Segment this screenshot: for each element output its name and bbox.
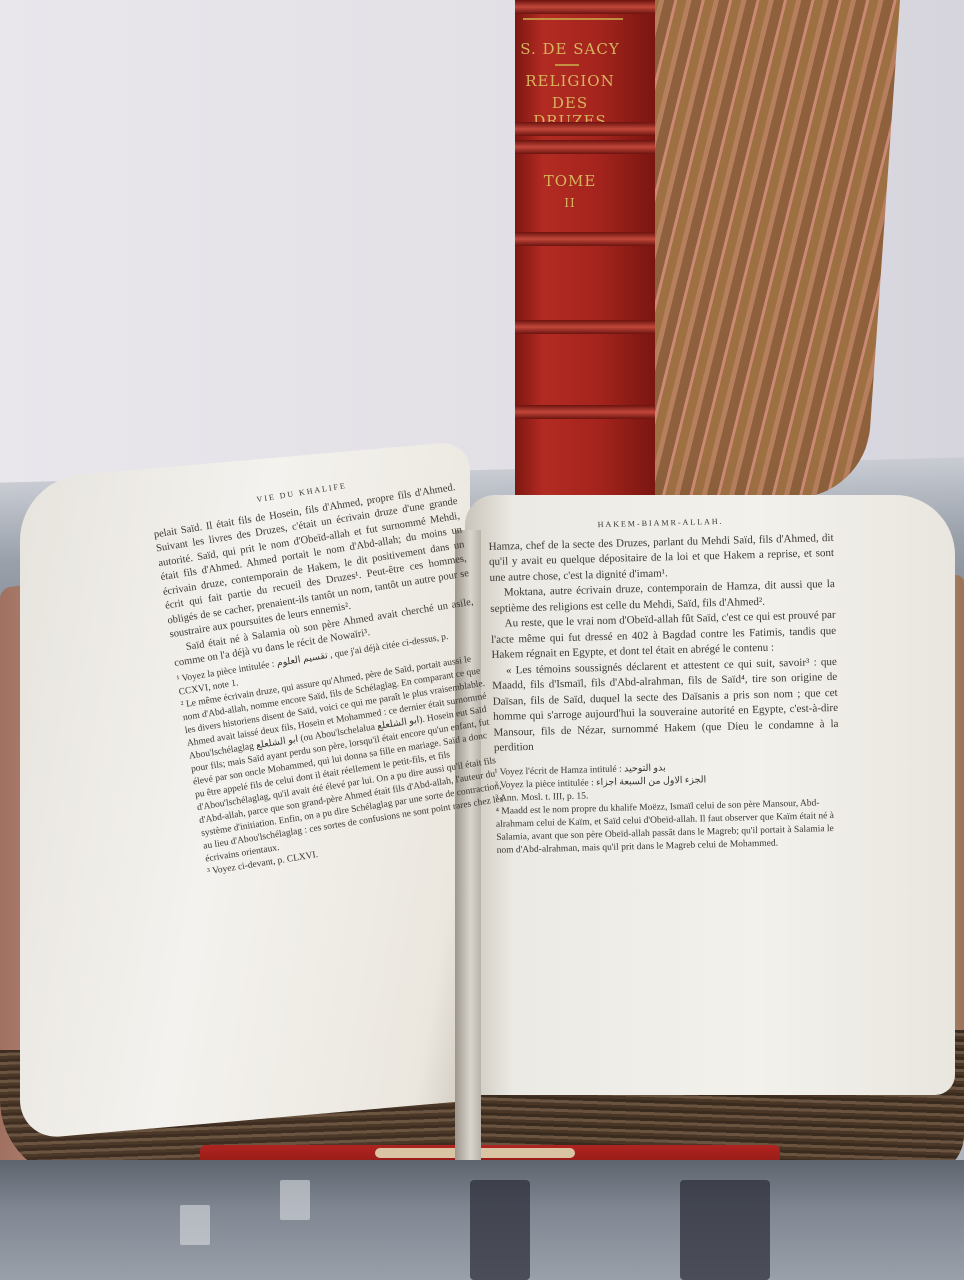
gilt-line <box>523 18 623 20</box>
right-paragraph: « Les témoins soussignés déclarent et at… <box>492 654 839 756</box>
spine-band <box>515 122 655 136</box>
spine-volume: II <box>515 196 625 210</box>
standing-book: S. DE SACY RELIGION DES DRUZES TOME II <box>515 0 915 520</box>
open-book: VIE DU KHALIFE pelait Saïd. Il était fil… <box>0 470 964 1190</box>
spine-band <box>515 140 655 154</box>
dark-object <box>680 1180 770 1280</box>
spine-author: S. DE SACY <box>515 40 625 58</box>
spine-title-1: RELIGION <box>515 72 625 90</box>
spine-band <box>515 232 655 246</box>
dark-object <box>470 1180 530 1280</box>
display-label <box>280 1180 310 1220</box>
book-spine: S. DE SACY RELIGION DES DRUZES TOME II <box>515 0 655 520</box>
display-label <box>180 1205 210 1245</box>
spine-band <box>515 0 655 14</box>
spine-band <box>515 405 655 419</box>
spine-band <box>515 320 655 334</box>
photo-scene: S. DE SACY RELIGION DES DRUZES TOME II V… <box>0 0 964 1280</box>
gilt-dash <box>555 64 579 66</box>
left-page-text: VIE DU KHALIFE pelait Saïd. Il était fil… <box>150 462 510 879</box>
marbled-cover <box>615 0 900 498</box>
right-footnote: ⁴ Maadd est le nom propre du khalife Moë… <box>495 796 841 857</box>
lower-shelf-reflection <box>0 1160 964 1280</box>
right-page-text: HAKEM-BIAMR-ALLAH. Hamza, chef de la sec… <box>488 511 842 857</box>
spine-tome: TOME <box>515 172 625 190</box>
